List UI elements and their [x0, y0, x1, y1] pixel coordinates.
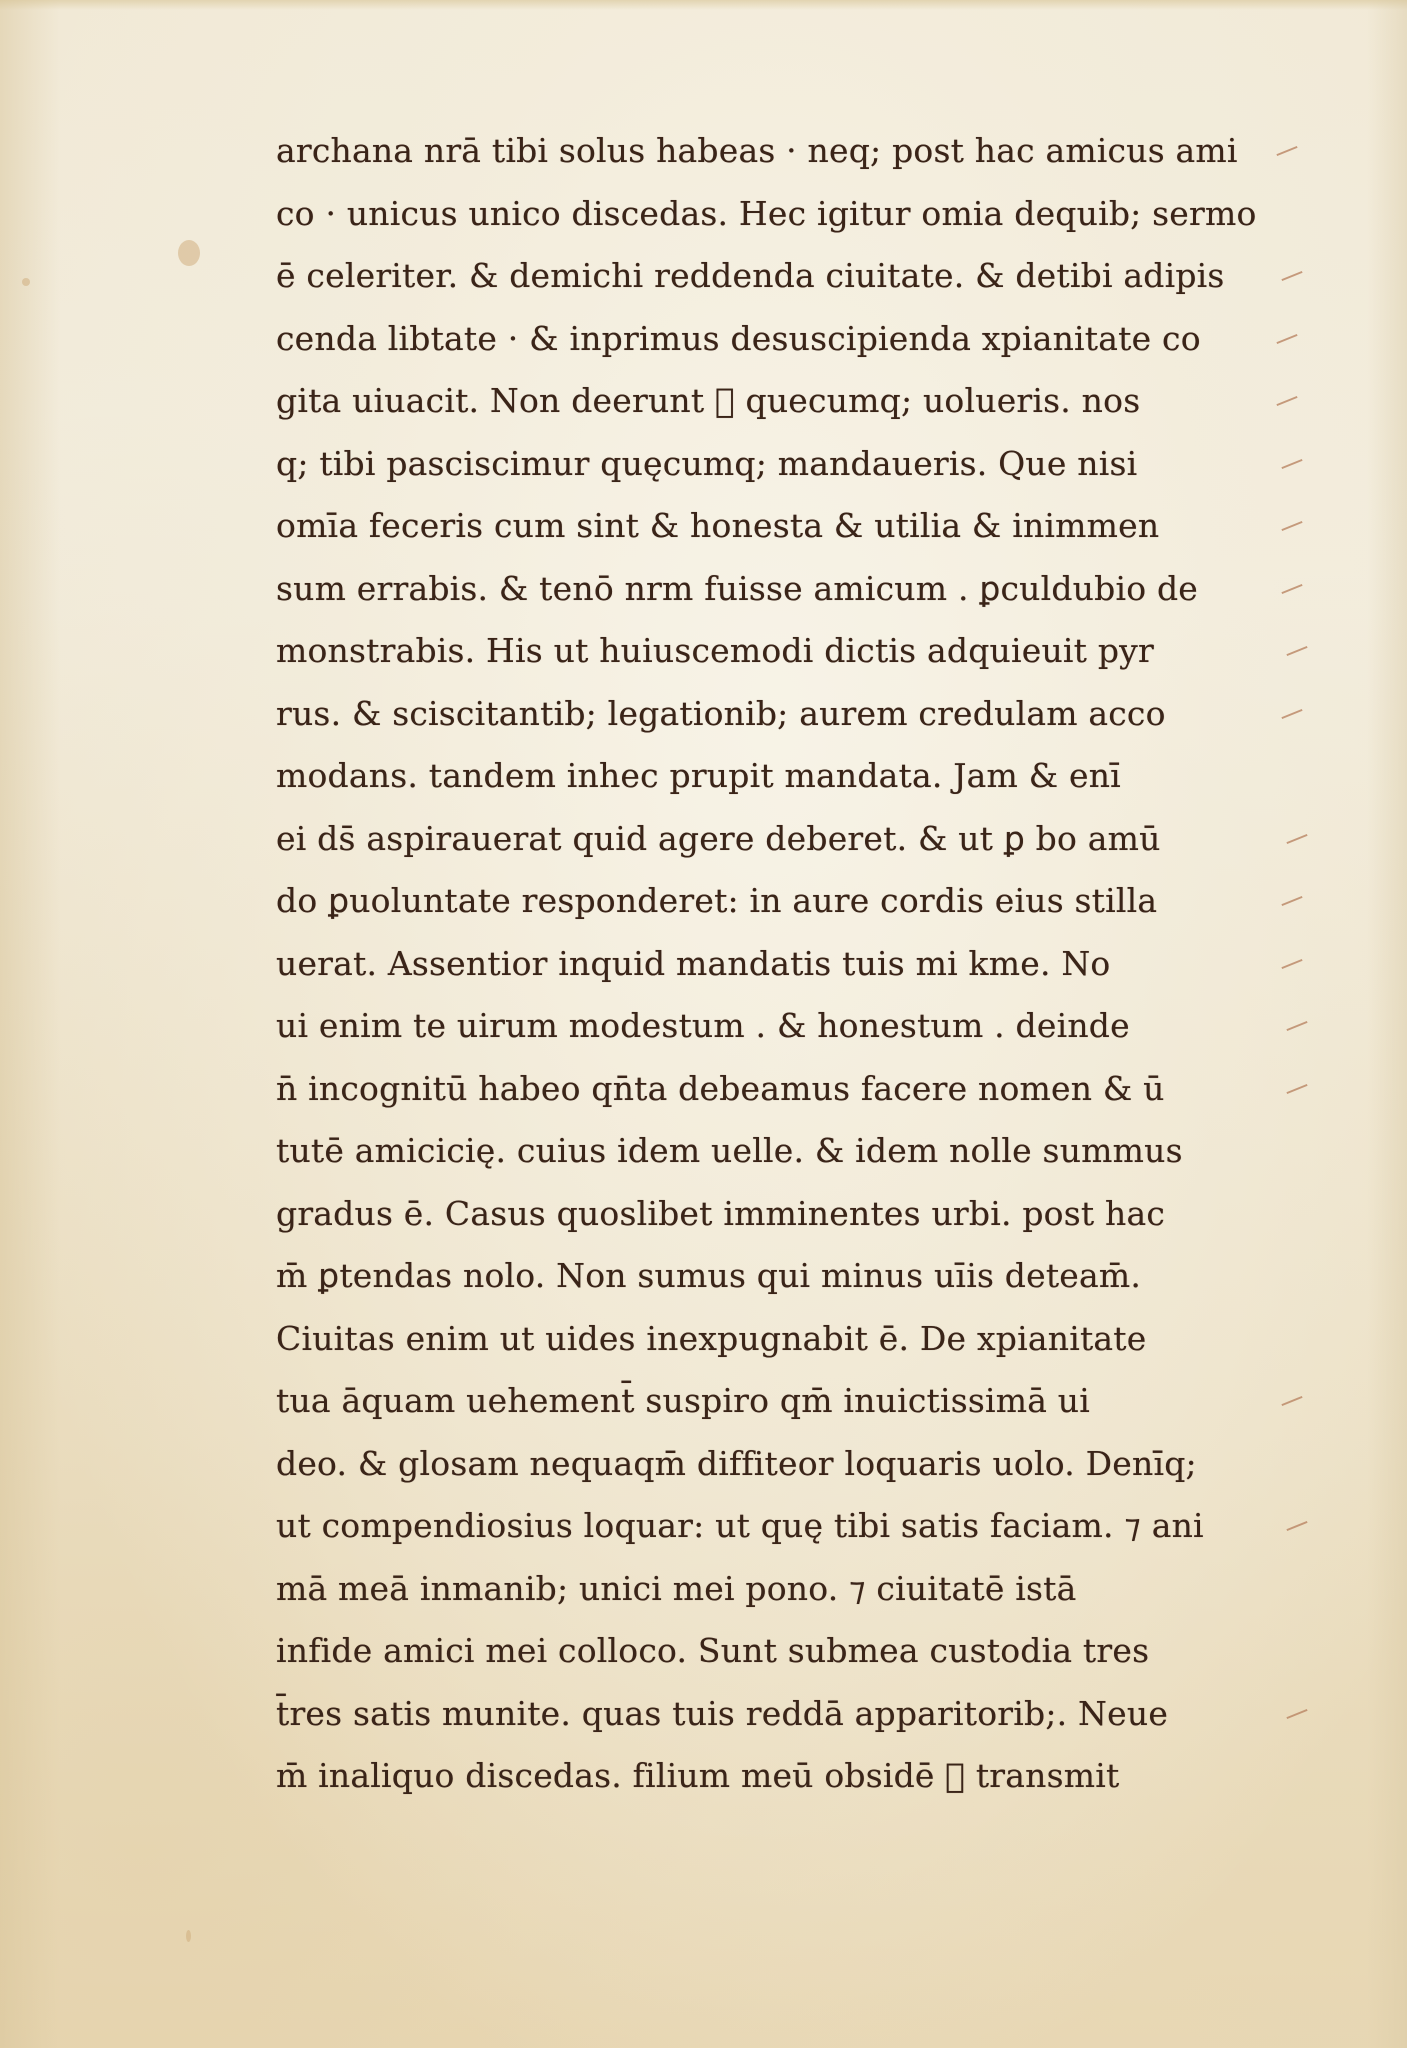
line-hyphen-mark — [1281, 708, 1302, 718]
text-line: do ꝑuoluntate responderet: in aure cordi… — [276, 870, 1296, 933]
line-hyphen-mark — [1281, 521, 1302, 531]
text-line: m̄ inaliquo discedas. filium meū obsidē … — [276, 1745, 1296, 1808]
manuscript-text-block: archana nrā tibi solus habeas · neq; pos… — [276, 120, 1296, 1808]
text-line: mā meā inmanib; unici mei pono. ⁊ ciuita… — [276, 1558, 1296, 1621]
text-line: archana nrā tibi solus habeas · neq; pos… — [276, 120, 1296, 183]
text-line: tutē amicicię. cuius idem uelle. & idem … — [276, 1120, 1296, 1183]
text-line: co · unicus unico discedas. Hec igitur o… — [276, 183, 1296, 246]
parchment-top-edge — [0, 0, 1407, 10]
text-line: ui enim te uirum modestum . & honestum .… — [276, 995, 1296, 1058]
text-line: cenda libtate · & inprimus desuscipienda… — [276, 308, 1296, 371]
line-hyphen-mark — [1276, 146, 1297, 156]
text-line: infide amici mei colloco. Sunt submea cu… — [276, 1620, 1296, 1683]
line-hyphen-mark — [1286, 1021, 1307, 1031]
text-line: modans. tandem inhec prupit mandata. Jam… — [276, 745, 1296, 808]
text-line: tua āquam uehement̄ suspiro qm̄ inuictis… — [276, 1370, 1296, 1433]
text-line: m̄ ꝑtendas nolo. Non sumus qui minus uīi… — [276, 1245, 1296, 1308]
line-hyphen-mark — [1281, 958, 1302, 968]
line-hyphen-mark — [1286, 1708, 1307, 1718]
manuscript-folio: archana nrā tibi solus habeas · neq; pos… — [0, 0, 1407, 2048]
line-hyphen-mark — [1281, 1396, 1302, 1406]
parchment-left-edge — [0, 0, 60, 2048]
line-hyphen-mark — [1286, 833, 1307, 843]
text-line: monstrabis. His ut huiuscemodi dictis ad… — [276, 620, 1296, 683]
parchment-stain — [186, 1930, 191, 1942]
text-line: gradus ē. Casus quoslibet imminentes urb… — [276, 1183, 1296, 1246]
line-hyphen-mark — [1286, 1521, 1307, 1531]
text-line: sum errabis. & tenō nrm fuisse amicum . … — [276, 558, 1296, 621]
line-hyphen-mark — [1281, 583, 1302, 593]
parchment-stain — [22, 278, 30, 286]
text-line: t̄res satis munite. quas tuis reddā appa… — [276, 1683, 1296, 1746]
line-hyphen-mark — [1281, 271, 1302, 281]
line-hyphen-mark — [1281, 458, 1302, 468]
parchment-right-edge — [1367, 0, 1407, 2048]
text-line: n̄ incognitū habeo qn̄ta debeamus facere… — [276, 1058, 1296, 1121]
text-line: uerat. Assentior inquid mandatis tuis mi… — [276, 933, 1296, 996]
parchment-stain — [178, 240, 200, 266]
text-line: q; tibi pasciscimur quęcumq; mandaueris.… — [276, 433, 1296, 496]
text-line: rus. & sciscitantib; legationib; aurem c… — [276, 683, 1296, 746]
line-hyphen-mark — [1276, 333, 1297, 343]
line-hyphen-mark — [1286, 646, 1307, 656]
line-hyphen-mark — [1281, 896, 1302, 906]
text-line: Ciuitas enim ut uides inexpugnabit ē. De… — [276, 1308, 1296, 1371]
text-line: gita uiuacit. Non deerunt ᷤ quecumq; uol… — [276, 370, 1296, 433]
text-line: omīa feceris cum sint & honesta & utilia… — [276, 495, 1296, 558]
text-line: ut compendiosius loquar: ut quę tibi sat… — [276, 1495, 1296, 1558]
text-line: deo. & glosam nequaqm̄ diffiteor loquari… — [276, 1433, 1296, 1496]
text-line: ei ds̄ aspirauerat quid agere deberet. &… — [276, 808, 1296, 871]
line-hyphen-mark — [1276, 396, 1297, 406]
line-hyphen-mark — [1286, 1083, 1307, 1093]
text-line: ē celeriter. & demichi reddenda ciuitate… — [276, 245, 1296, 308]
